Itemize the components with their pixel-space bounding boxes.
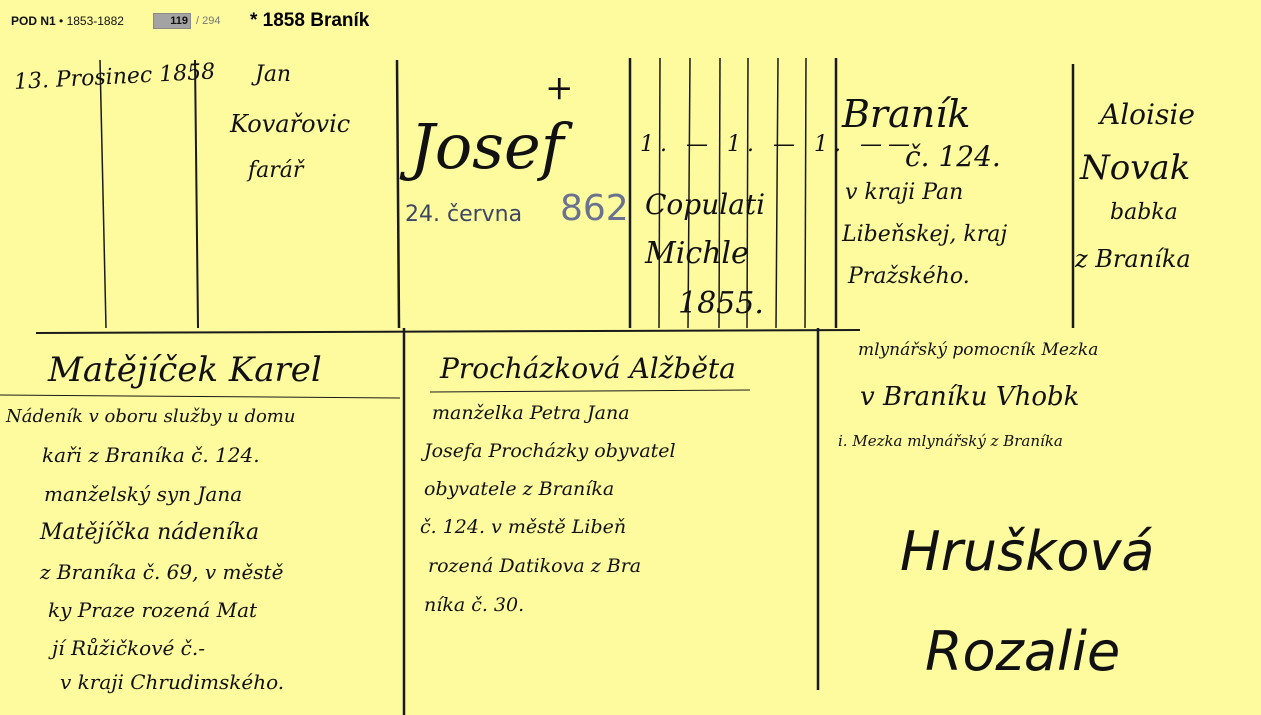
father-line-5: z Braníka č. 69, v městě — [40, 560, 283, 584]
father-name: Matějíček Karel — [48, 350, 322, 390]
series-years: 1853-1882 — [67, 14, 124, 28]
godmother-given-name: Rozalie — [925, 620, 1120, 683]
mother-line-4: č. 124. v městě Libeň — [420, 516, 626, 538]
copulati-line-1: Copulati — [645, 188, 765, 221]
midwife-line-3: babka — [1110, 200, 1178, 225]
midwife-line-1: Aloisie — [1100, 98, 1195, 131]
residence-line-1: Braník — [842, 92, 970, 136]
godparent-line-1: mlynářský pomocník Mezka — [858, 340, 1098, 360]
copulati-line-2: Michle — [645, 236, 749, 271]
godparent-line-3: i. Mezka mlynářský z Braníka — [838, 432, 1063, 450]
residence-line-4: Libeňskej, kraj — [842, 222, 1007, 247]
pencil-note: 24. června — [405, 202, 522, 227]
residence-line-5: Pražského. — [848, 264, 970, 289]
series-prefix: POD N1 — [11, 14, 56, 28]
father-line-6: ky Praze rozená Mat — [48, 598, 257, 622]
father-line-3: manželský syn Jana — [44, 482, 242, 506]
residence-line-3: v kraji Pan — [845, 180, 963, 205]
father-line-7: jí Růžičkové č.- — [52, 636, 205, 660]
priest-line-2: Kovařovic — [230, 110, 350, 138]
death-cross-mark: + — [545, 68, 574, 108]
mother-line-5: rozená Datikova z Bra — [428, 555, 641, 577]
register-scan-image: 13. Prosinec 1858 Jan Kovařovic farář Jo… — [0, 40, 1261, 715]
pencil-number: 862 — [560, 188, 629, 229]
father-line-2: kaři z Braníka č. 124. — [42, 443, 260, 467]
priest-line-3: farář — [248, 158, 303, 183]
midwife-line-2: Novak — [1080, 148, 1190, 188]
mother-line-2: Josefa Procházky obyvatel — [424, 440, 676, 462]
father-line-8: v kraji Chrudimského. — [60, 670, 284, 694]
record-title: * 1858 Braník — [250, 10, 369, 32]
godparent-line-2: v Braníku Vhobk — [860, 382, 1079, 412]
child-name: Josef — [410, 110, 564, 183]
father-line-1: Nádeník v oboru služby u domu — [6, 406, 295, 427]
residence-line-2: č. 124. — [905, 140, 1001, 173]
page-number-input[interactable]: 119 — [153, 13, 191, 29]
mother-line-6: níka č. 30. — [424, 594, 524, 616]
page-total: / 294 — [196, 15, 220, 27]
midwife-line-4: z Braníka — [1075, 245, 1191, 273]
mother-name: Procházková Alžběta — [440, 352, 736, 385]
godmother-surname: Hrušková — [900, 520, 1155, 583]
mother-line-1: manželka Petra Jana — [432, 402, 630, 424]
copulati-line-3: 1855. — [678, 286, 764, 321]
viewer-header: POD N1 • 1853-1882 119 / 294 * 1858 Bran… — [0, 0, 1261, 40]
mother-line-3: obyvatele z Braníka — [424, 478, 614, 500]
priest-line-1: Jan — [255, 62, 291, 87]
father-line-4: Matějíčka nádeníka — [40, 520, 259, 545]
series-separator: • — [56, 14, 67, 28]
register-series: POD N1 • 1853-1882 — [11, 14, 124, 28]
